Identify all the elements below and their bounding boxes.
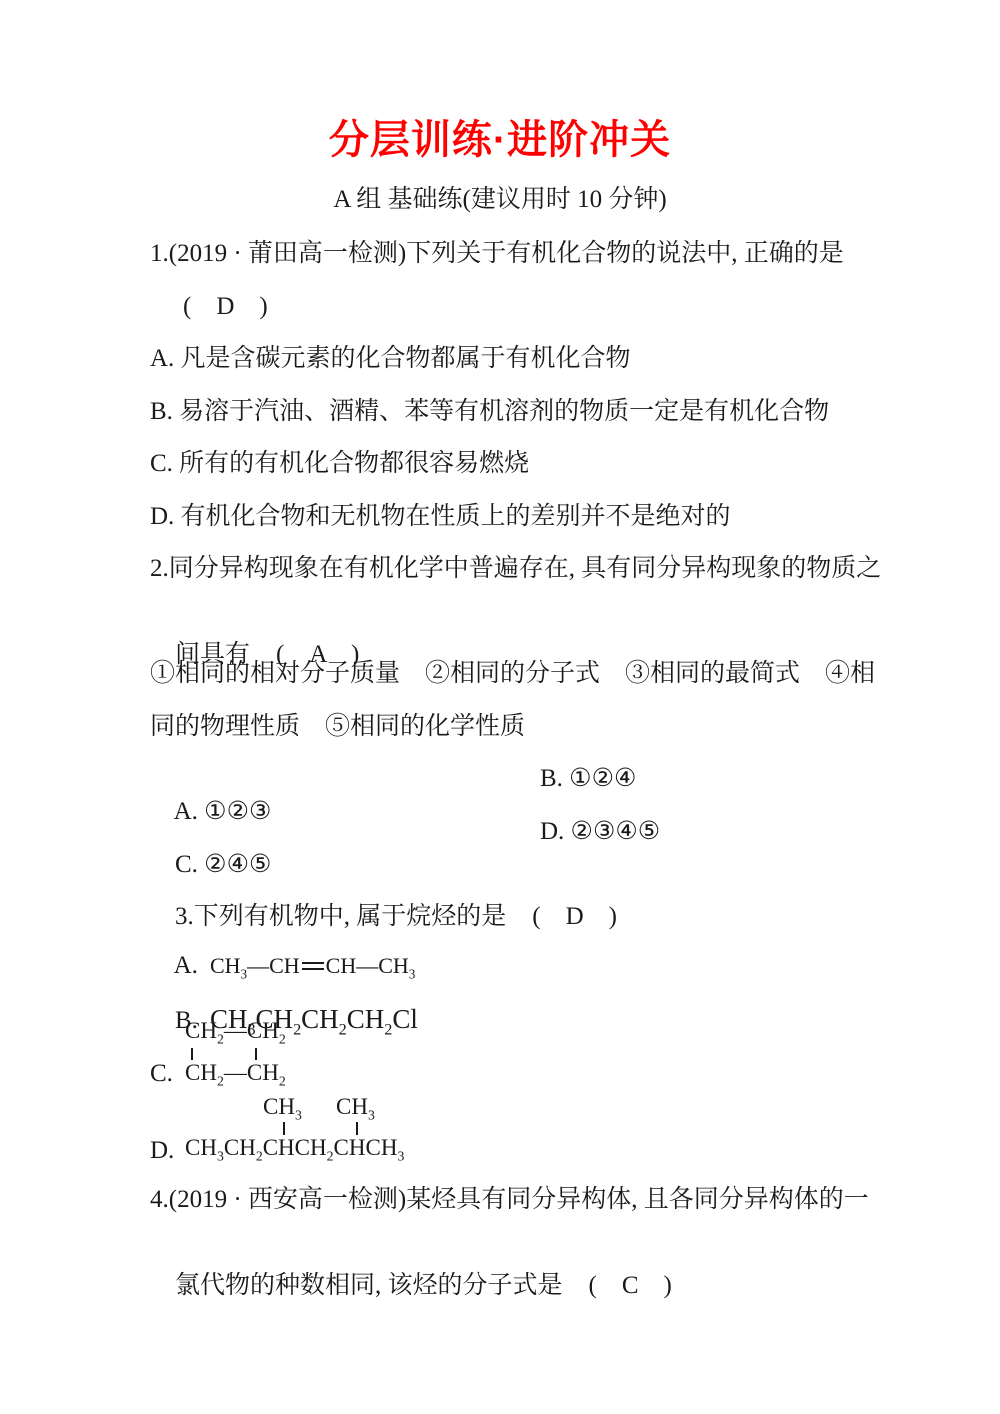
q1-answer: ( D ) [183, 290, 268, 323]
q1-option-d: D. 有机化合物和无机物在性质上的差别并不是绝对的 [150, 500, 731, 533]
q3-branch-ch3-2: CH3 [336, 1094, 375, 1120]
q2-option-b: B. ①②④ [540, 762, 636, 795]
q3-branch-ch3-1: CH3 [263, 1094, 302, 1120]
bond-vertical-right [255, 1048, 257, 1060]
q1-stem: 1.(2019 · 莆田高一检测)下列关于有机化合物的说法中, 正确的是 [150, 237, 844, 270]
q2-items-line1: ①相同的相对分子质量 ②相同的分子式 ③相同的最简式 ④相 [150, 657, 875, 690]
q3-ring-top-row: CH2—CH2 [185, 1018, 286, 1044]
q1-option-b: B. 易溶于汽油、酒精、苯等有机溶剂的物质一定是有机化合物 [150, 395, 829, 428]
worksheet-page: 分层训练·进阶冲关 A 组 基础练(建议用时 10 分钟) 1.(2019 · … [0, 0, 1000, 1414]
q1-option-c: C. 所有的有机化合物都很容易燃烧 [150, 447, 529, 480]
q4-stem-line2: 氯代物的种数相同, 该烃的分子式是( C ) [150, 1236, 672, 1335]
page-title: 分层训练·进阶冲关 [0, 116, 1000, 164]
q4-answer: ( C ) [589, 1272, 672, 1299]
q3-option-c-label: C. [150, 1060, 173, 1088]
q1-option-a: A. 凡是含碳元素的化合物都属于有机化合物 [150, 342, 631, 375]
q2-stem-line1: 2.同分异构现象在有机化学中普遍存在, 具有同分异构现象的物质之 [150, 552, 881, 585]
q3-option-d-label: D. [150, 1137, 174, 1165]
q3-main-chain: CH3CH2CHCH2CHCH3 [185, 1135, 404, 1161]
bond-vertical-branch2 [356, 1122, 358, 1135]
q3-option-d: CH3 CH3 CH3CH2CHCH2CHCH3 D. [150, 1094, 550, 1174]
bond-vertical-branch1 [283, 1122, 285, 1135]
q4-stem-line1: 4.(2019 · 西安高一检测)某烃具有同分异构体, 且各同分异构体的一 [150, 1183, 869, 1216]
q3-answer: ( D ) [532, 903, 617, 930]
section-a-heading: A 组 基础练(建议用时 10 分钟) [0, 184, 1000, 216]
q4-stem-line2-text: 氯代物的种数相同, 该烃的分子式是 [175, 1272, 563, 1299]
q2-option-d: D. ②③④⑤ [540, 815, 660, 848]
bond-vertical-left [191, 1048, 193, 1060]
q3-ring-bottom-row: CH2—CH2 [185, 1060, 286, 1086]
q2-items-line2: 同的物理性质 ⑤相同的化学性质 [150, 710, 525, 743]
